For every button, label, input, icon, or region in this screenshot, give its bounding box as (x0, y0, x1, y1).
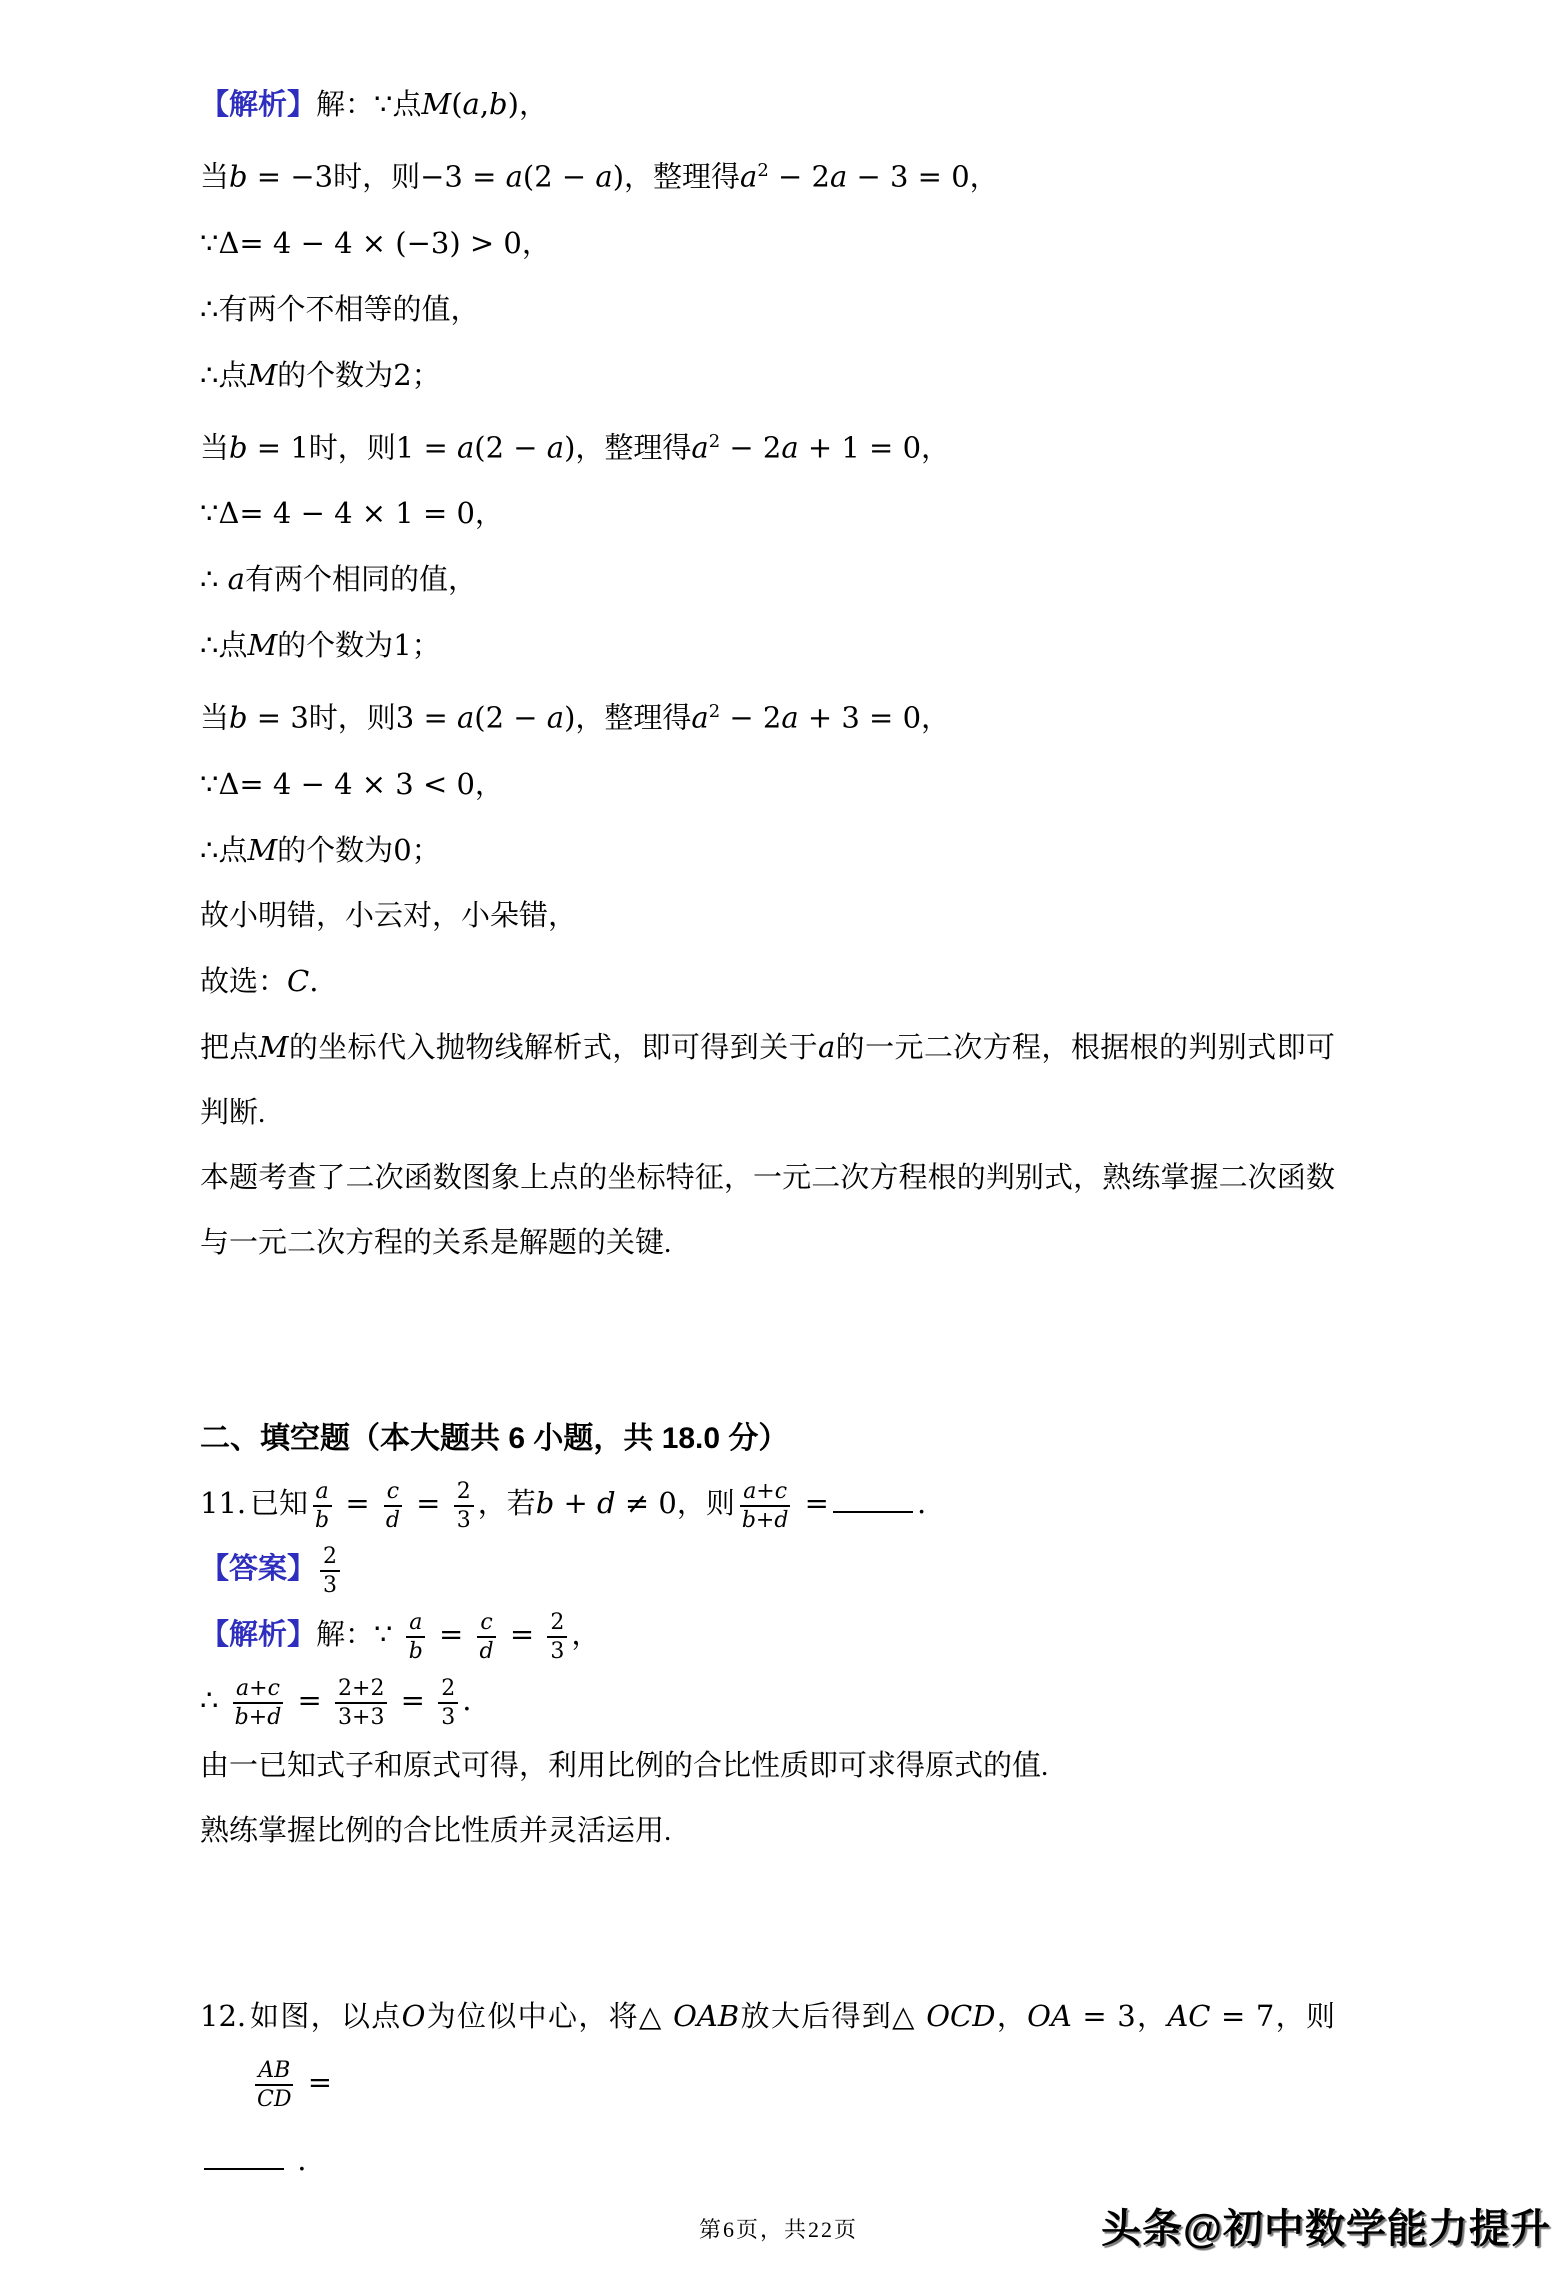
fraction: 23 (320, 1544, 340, 1599)
solution-line: ∴点M的个数为0； (200, 818, 1335, 884)
solution-conclusion-line: 故小明错，小云对，小朵错， (200, 884, 1335, 949)
fraction: a+cb+d (739, 1479, 792, 1534)
question-12-text: 如图，以点O为位似中心，将△ OAB放大后得到△ OCD，OA = 3，AC =… (250, 1984, 1335, 2116)
fraction: ab (312, 1479, 332, 1534)
fraction: 23 (454, 1479, 474, 1534)
solution-line: 当b = 3时，则3 = a(2 − a)，整理得a2 − 2a + 3 = 0… (200, 679, 1335, 752)
analysis-label-line: 【解析】解：∵点M(a,b)， (200, 72, 1335, 138)
page-content: 【解析】解：∵点M(a,b)， 当b = −3时，则−3 = a(2 − a)，… (0, 0, 1557, 2194)
section-heading: 二、填空题（本大题共 6 小题，共 18.0 分） (200, 1406, 1335, 1471)
solution-line: ∵Δ= 4 − 4 × (−3) > 0， (200, 211, 1335, 277)
fraction: 23 (438, 1676, 458, 1731)
solution-method-note: 把点M的坐标代入抛物线解析式，即可得到关于a的一元二次方程，根据根的判别式即可判… (200, 1015, 1335, 1146)
question-12-number: 12. (200, 1984, 250, 2049)
question-11-analysis-line: ∴ a+cb+d = 2+23+3 = 23. (200, 1668, 1335, 1734)
solution-choice-line: 故选：C. (200, 949, 1335, 1015)
question-11: 11. 已知ab = cd = 23，若b + d ≠ 0，则a+cb+d =. (200, 1471, 1335, 1537)
solution-line: ∵Δ= 4 − 4 × 1 = 0， (200, 481, 1335, 547)
question-11-number: 11. (200, 1471, 250, 1536)
solution-line: ∵Δ= 4 − 4 × 3 < 0， (200, 752, 1335, 818)
fraction: 2+23+3 (335, 1676, 387, 1731)
fraction: cd (477, 1610, 497, 1665)
solution-line: ∴有两个不相等的值， (200, 277, 1335, 343)
solution-line: ∴点M的个数为2； (200, 343, 1335, 409)
question-11-note: 熟练掌握比例的合比性质并灵活运用. (200, 1799, 1335, 1864)
solution-line: 当b = −3时，则−3 = a(2 − a)，整理得a2 − 2a − 3 =… (200, 138, 1335, 211)
question-11-text: 已知ab = cd = 23，若b + d ≠ 0，则a+cb+d =. (250, 1471, 1335, 1537)
solution-topic-note: 本题考查了二次函数图象上点的坐标特征，一元二次方程根的判别式，熟练掌握二次函数与… (200, 1146, 1335, 1276)
solution-line: ∴ a有两个相同的值， (200, 547, 1335, 613)
watermark: 头条@初中数学能力提升 (1101, 2197, 1551, 2254)
fraction: a+cb+d (232, 1676, 285, 1731)
fraction: ABCD (254, 2058, 294, 2113)
question-12: 12. 如图，以点O为位似中心，将△ OAB放大后得到△ OCD，OA = 3，… (200, 1984, 1335, 2116)
fraction: ab (406, 1610, 426, 1665)
solution-line: 当b = 1时，则1 = a(2 − a)，整理得a2 − 2a + 1 = 0… (200, 409, 1335, 482)
question-11-answer: 【答案】23 (200, 1537, 1335, 1602)
fraction: cd (383, 1479, 403, 1534)
question-11-note: 由一已知式子和原式可得，利用比例的合比性质即可求得原式的值. (200, 1734, 1335, 1799)
solution-line: ∴点M的个数为1； (200, 613, 1335, 679)
page-footer: 第6页，共22页 头条@初中数学能力提升 (0, 2182, 1557, 2272)
fraction: 23 (547, 1610, 567, 1665)
question-11-analysis-line: 【解析】解：∵ ab = cd = 23， (200, 1602, 1335, 1668)
answer-blank (204, 2164, 284, 2170)
answer-blank (833, 1507, 913, 1513)
document-page: 【解析】解：∵点M(a,b)， 当b = −3时，则−3 = a(2 − a)，… (0, 0, 1557, 2194)
